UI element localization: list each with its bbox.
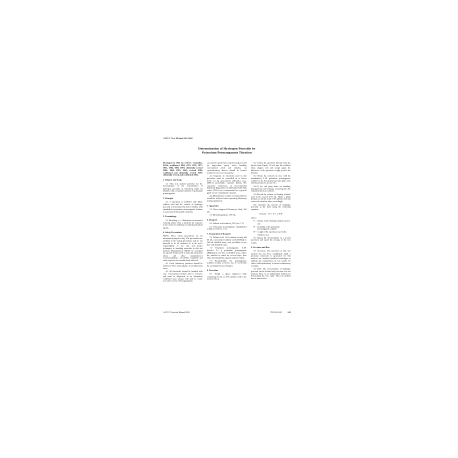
paragraph: 9.1 Precision. The precision of this tes… (251, 250, 291, 267)
history-note: Developed in 1961 by AATCC Committee RA3… (163, 162, 203, 177)
screenshot-canvas: { "document": { "header": "AATCC Test Me… (0, 0, 458, 458)
section-heading: 2. Principle (163, 197, 203, 199)
paragraph: 8.1 Weigh a glass stoppered flask contai… (207, 273, 247, 280)
text-columns: Developed in 1961 by AATCC Committee RA3… (163, 162, 291, 309)
paragraph: 7.3 Restandardize the permanganate solut… (207, 260, 247, 267)
paragraph: 4.4 Manufacturer's safety recommendation… (207, 195, 247, 202)
method-number-header: AATCC Test Method 102-2002 (163, 137, 193, 139)
section-heading: 3. Terminology (163, 215, 203, 217)
paragraph: 8.5 Record the volume of titrating solut… (251, 193, 291, 203)
section-heading: 7. Preparation of Reagents (207, 233, 247, 235)
section-heading: 6. Reagents (207, 219, 247, 221)
paragraph-continuation: eye and face protection, impervious glov… (207, 162, 247, 174)
paragraph: 4.1 Good laboratory practices should be … (163, 262, 203, 269)
section-heading: 8. Procedure (207, 269, 247, 271)
text-column-middle: eye and face protection, impervious glov… (207, 162, 247, 309)
title-line-2: Potassium Permanganate Titration (163, 151, 291, 155)
page-footer: AATCC Technical Manual/2003 TM 102-2002 … (163, 311, 291, 313)
paragraph: 8.6 Calculate the percent of hydrogen pe… (251, 204, 291, 211)
paragraph: 3.1 bleaching, n.—elimination of unwante… (163, 219, 203, 229)
paragraph: 6.2 Potassium permanganate standardized … (207, 226, 247, 231)
equation: % H₂O₂ = (V × N × 1.7)/W (251, 213, 291, 215)
section-heading: 1. Purpose and Scope (163, 179, 203, 181)
text-column-left: Developed in 1961 by AATCC Committee RA3… (163, 162, 203, 309)
text-column-right: 8.2 Collect the specimen directly from t… (251, 162, 291, 309)
paragraph: 8.3 Titrate the contents at once with th… (251, 175, 291, 185)
footer-method-number: TM 102-2002 (270, 311, 282, 313)
paragraph: 4.3 Exposure to chemicals used in this p… (207, 175, 247, 194)
section-heading: 5. Apparatus (207, 205, 247, 207)
section-heading: 9. Precision and Bias (251, 246, 291, 248)
paragraph: 2.1 A specimen is acidified with dilute … (163, 201, 203, 213)
section-heading: 4. Safety Precautions (163, 231, 203, 233)
paragraph: 6.1 Sulfuric acid solution, 10% (see 7.1… (207, 222, 247, 224)
paragraph: 8.7 Repeat the determination on a second… (251, 237, 291, 244)
paragraph: 7.2 Potassium permanganate, 0.1N: dissol… (207, 247, 247, 259)
paragraph: 8.2 Collect the specimen directly from t… (251, 162, 291, 174)
footer-manual-name: AATCC Technical Manual/2003 (163, 311, 190, 313)
variable-definition: V = volume of the titrating solution use… (251, 220, 291, 225)
paragraph: 9.2 Bias. The concentration of hydrogen … (251, 268, 291, 280)
paragraph: 1.1 This test method provides for the de… (163, 183, 203, 195)
document-page: AATCC Test Method 102-2002 Determination… (163, 136, 291, 318)
page-content: AATCC Test Method 102-2002 Determination… (163, 136, 291, 318)
paragraph: 4.2 All chemicals should be handled with… (163, 270, 203, 282)
page-title: Determination of Hydrogen Peroxide by Po… (163, 146, 291, 155)
variable-definition: W = weight of the specimen used in the t… (251, 231, 291, 236)
paragraph: 5.1 Glass stoppered Erlenmeyer flask, 50… (207, 208, 247, 213)
variable-definition: N = normality of the potassium permangan… (251, 226, 291, 231)
footer-page-number: 143 (288, 311, 291, 313)
safety-note: NOTE: These safety precautions are for i… (163, 235, 203, 262)
paragraph: 8.4 If the end point fades on standing, … (251, 185, 291, 192)
footer-right-group: TM 102-2002 143 (270, 311, 290, 313)
paragraph: 5.2 Measuring pipette, 100 mL. (207, 214, 247, 216)
paragraph: 7.1 Sulfuric acid, 10% solution: slowly … (207, 236, 247, 246)
where-label: where: (251, 217, 291, 219)
